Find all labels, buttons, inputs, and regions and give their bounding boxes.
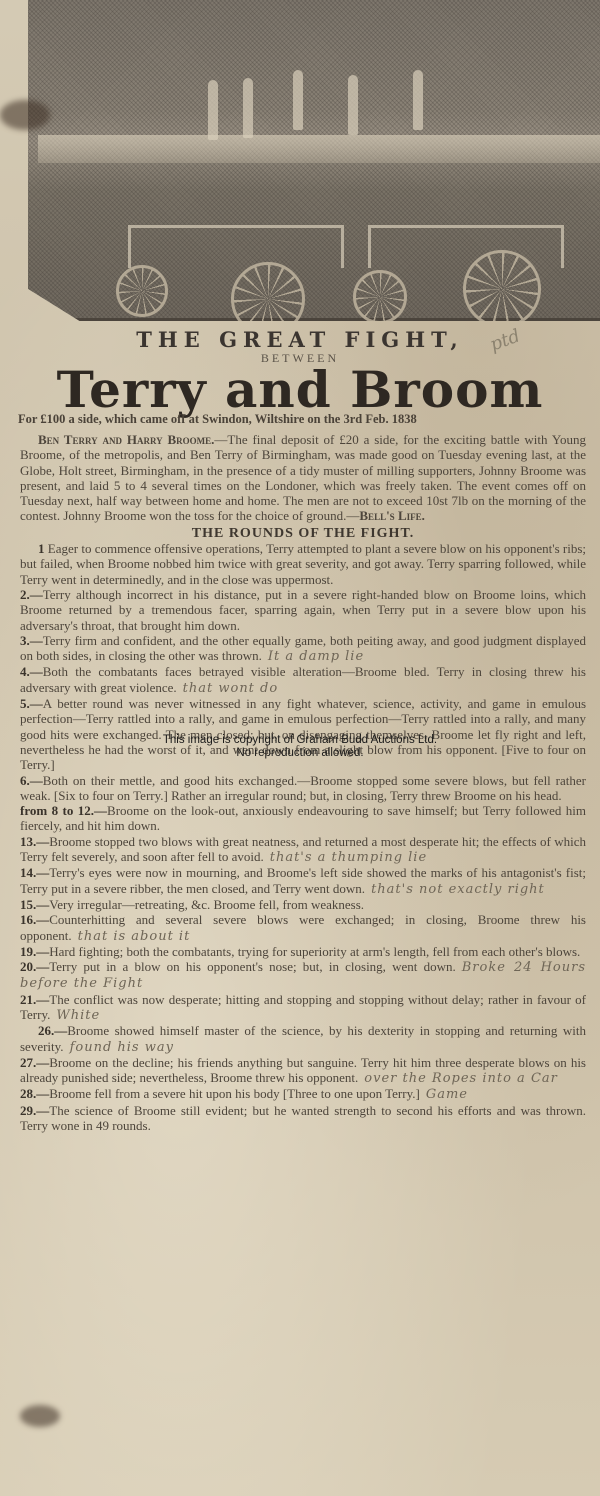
round-text: Very irregular—retreating, &c. Broome fe…: [49, 897, 364, 912]
round-number: 28.—: [20, 1086, 49, 1101]
round-text: Terry put in a blow on his opponent's no…: [49, 959, 455, 974]
stakes-subline: For £100 a side, which came off at Swind…: [18, 412, 592, 427]
round-paragraph: from 8 to 12.—Broome on the look-out, an…: [20, 803, 586, 834]
round-number: from 8 to 12.—: [20, 803, 107, 818]
round-paragraph: 16.—Counterhitting and several severe bl…: [20, 912, 586, 944]
ink-smudge: [0, 100, 50, 130]
fighter-figure: [348, 75, 358, 135]
wagon-left: [128, 225, 344, 268]
round-paragraph: 2.—Terry although incorrect in his dista…: [20, 587, 586, 633]
round-paragraph: 14.—Terry's eyes were now in mourning, a…: [20, 865, 586, 897]
round-number: 16.—: [20, 912, 49, 927]
round-paragraph: 13.—Broome stopped two blows with great …: [20, 834, 586, 866]
fight-engraving-illustration: [28, 0, 600, 321]
round-paragraph: 4.—Both the combatants faces betrayed vi…: [20, 664, 586, 696]
round-paragraph: 21.—The conflict was now desperate; hitt…: [20, 992, 586, 1024]
round-number: 19.—: [20, 944, 49, 959]
watermark-line-1: This image is copyright of Graham Budd A…: [0, 734, 600, 747]
round-number: 14.—: [20, 865, 49, 880]
round-text: Both on their mettle, and good hits exch…: [20, 773, 586, 803]
wagon-wheel: [463, 250, 541, 328]
round-paragraph: 27.—Broome on the decline; his friends a…: [20, 1055, 586, 1087]
round-text: Broome fell from a severe hit upon his b…: [49, 1086, 420, 1101]
round-text: The conflict was now desperate; hitting …: [20, 992, 586, 1022]
round-text: Hard fighting; both the combatants, tryi…: [49, 944, 580, 959]
handwritten-annotation: found his way: [70, 1040, 174, 1055]
round-number: 20.—: [20, 959, 49, 974]
round-number: 1: [38, 541, 45, 556]
round-number: 6.—: [20, 773, 43, 788]
round-paragraph: 3.—Terry firm and confident, and the oth…: [20, 633, 586, 665]
handwritten-annotation: that wont do: [183, 681, 279, 696]
round-paragraph: 6.—Both on their mettle, and good hits e…: [20, 773, 586, 804]
handwritten-annotation: that is about it: [78, 929, 191, 944]
round-text: The science of Broome still evident; but…: [20, 1103, 586, 1133]
article-body: Ben Terry and Harry Broome.—The final de…: [20, 432, 586, 1133]
round-text: Terry although incorrect in his distance…: [20, 587, 586, 633]
round-text: Both the combatants faces betrayed visib…: [20, 664, 586, 694]
round-text: Eager to commence offensive operations, …: [20, 541, 586, 587]
wagon-wheel: [353, 270, 407, 324]
handwritten-annotation: Game: [426, 1087, 468, 1102]
round-number: 4.—: [20, 664, 43, 679]
round-number: 21.—: [20, 992, 49, 1007]
round-paragraph: 1 Eager to commence offensive operations…: [20, 541, 586, 587]
watermark-line-2: No reproduction allowed.: [0, 747, 600, 760]
round-number: 27.—: [20, 1055, 49, 1070]
wagon-right: [368, 225, 564, 268]
intro-paragraph: Ben Terry and Harry Broome.—The final de…: [20, 432, 586, 524]
fighter-figure: [208, 80, 218, 140]
round-paragraph: 28.—Broome fell from a severe hit upon h…: [20, 1086, 586, 1102]
handwritten-annotation: that's a thumping lie: [270, 850, 427, 865]
round-paragraph: 15.—Very irregular—retreating, &c. Broom…: [20, 897, 586, 912]
fighter-figure: [293, 70, 303, 130]
wagon-wheel: [116, 265, 168, 317]
round-paragraph: 20.—Terry put in a blow on his opponent'…: [20, 959, 586, 992]
round-paragraph: 26.—Broome showed himself master of the …: [20, 1023, 586, 1055]
intro-source: Bell's Life.: [359, 508, 424, 523]
round-number: 3.—: [20, 633, 43, 648]
round-number: 5.—: [20, 696, 43, 711]
round-number: 2.—: [20, 587, 43, 602]
ring-rope-band: [38, 135, 600, 163]
handwritten-annotation: It a damp lie: [268, 649, 364, 664]
handwritten-annotation: over the Ropes into a Car: [364, 1071, 558, 1086]
handwritten-annotation: White: [56, 1008, 100, 1023]
round-paragraph: 29.—The science of Broome still evident;…: [20, 1103, 586, 1134]
round-number: 15.—: [20, 897, 49, 912]
handwritten-annotation: that's not exactly right: [371, 882, 545, 897]
copyright-watermark: This image is copyright of Graham Budd A…: [0, 734, 600, 760]
round-number: 13.—: [20, 834, 49, 849]
intro-lead: Ben Terry and Harry Broome.: [38, 432, 214, 447]
fighter-figure: [413, 70, 423, 130]
round-number: 29.—: [20, 1103, 49, 1118]
fighter-figure: [243, 78, 253, 138]
rounds-heading: THE ROUNDS OF THE FIGHT.: [20, 526, 586, 541]
headline-names: Terry and Broom: [0, 360, 600, 419]
ink-smudge: [20, 1405, 60, 1427]
round-number: 26.—: [38, 1023, 67, 1038]
round-paragraph: 19.—Hard fighting; both the combatants, …: [20, 944, 586, 959]
